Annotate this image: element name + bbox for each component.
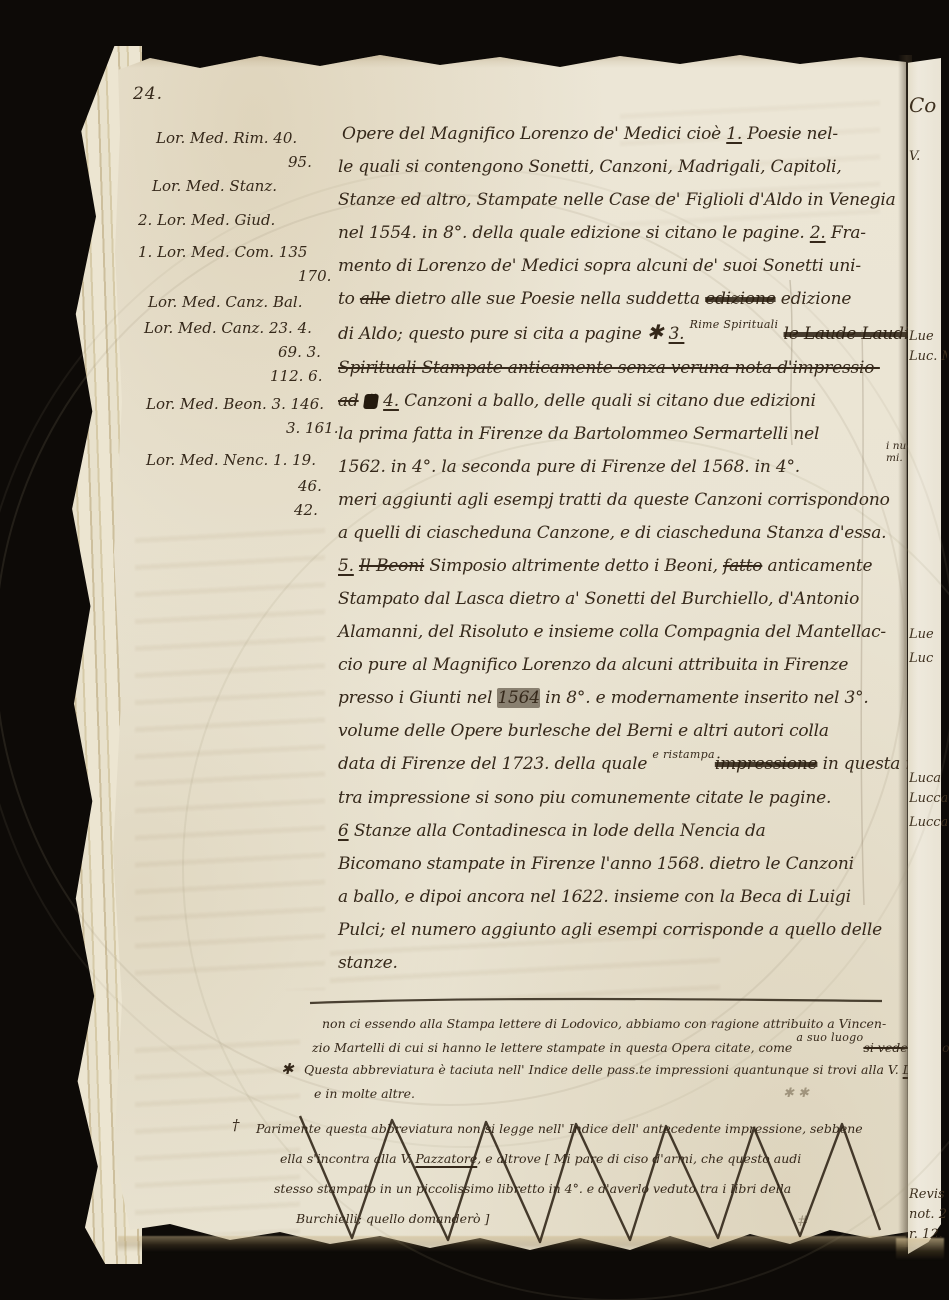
footnote-star-marker: ✱ — [281, 1060, 294, 1078]
adjacent-page-fragments: CoV.LueLuc. MLueLucLucaLuccaLuccaRevis d… — [909, 95, 947, 1255]
manuscript-line: Revis d. — [909, 1185, 947, 1205]
text-segment: Luca — [909, 771, 941, 786]
text-segment: dietro alle sue Poesie nella suddetta — [390, 289, 705, 309]
manuscript-line: 42. — [138, 498, 348, 522]
manuscript-line: ella s'incontra alla V. Pazzatore, e alt… — [256, 1144, 863, 1174]
manuscript-line: Lucca — [909, 813, 947, 833]
text-segment: Poesie nel- — [742, 124, 838, 144]
manuscript-line: Opere del Magnifico Lorenzo de' Medici c… — [338, 118, 912, 151]
text-segment: Opere del Magnifico Lorenzo de' Medici c… — [342, 124, 726, 144]
text-segment: a suo luogo — [796, 1031, 863, 1044]
manuscript-line: Lue — [909, 327, 947, 347]
manuscript-line: Lor. Med. Canz. 23. 4. — [138, 316, 348, 340]
text-segment: Parimente questa abbreviatura non si leg… — [256, 1121, 863, 1136]
text-segment: a ballo, e dipoi ancora nel 1622. insiem… — [338, 887, 851, 907]
manuscript-line: Luc. M — [909, 347, 947, 367]
text-segment: edizione — [705, 289, 775, 309]
text-segment: 3. 161. — [286, 419, 338, 437]
manuscript-line: V. — [909, 147, 947, 167]
manuscript-line: 112. 6. — [138, 364, 348, 388]
text-segment: 1564 — [497, 688, 539, 708]
manuscript-line: tra impressione si sono piu comunemente … — [338, 782, 912, 815]
manuscript-line: 1562. in 4°. la seconda pure di Firenze … — [338, 451, 912, 484]
text-segment: stesso stampato in un piccolissimo libre… — [274, 1181, 791, 1196]
manuscript-line: Lue — [909, 625, 947, 645]
text-segment: Spirituali Stampate anticamente senza ve… — [338, 358, 880, 378]
text-segment: Bicomano stampate in Firenze l'anno 1568… — [338, 854, 854, 874]
text-segment: 6 — [338, 821, 349, 841]
manuscript-line: mento di Lorenzo de' Medici sopra alcuni… — [338, 250, 912, 283]
text-segment: cio pure al Magnifico Lorenzo da alcuni … — [338, 655, 848, 675]
text-segment: 2. — [810, 223, 826, 243]
text-segment: in 8°. e modernamente inserito nel 3°. — [540, 688, 869, 708]
manuscript-line: Lor. Med. Canz. Bal. — [138, 290, 348, 314]
text-segment: Lor. Med. Nenc. 1. 19. — [146, 451, 316, 469]
manuscript-line: r. 12. — [909, 1225, 947, 1245]
text-segment: alle — [360, 289, 390, 309]
manuscript-line: Questa abbreviatura è taciuta nell' Indi… — [304, 1058, 932, 1082]
text-segment: ✱ — [647, 320, 664, 344]
text-segment: 3. — [669, 324, 685, 344]
text-segment: 2. Lor. Med. Giud. — [138, 211, 275, 229]
text-segment: 170. — [298, 267, 331, 285]
manuscript-line: Lor. Med. Nenc. 1. 19. — [138, 448, 348, 472]
manuscript-line: volume delle Opere burlesche del Berni e… — [338, 715, 912, 748]
text-segment: , e altrove [ Mi pare di ciso d'armi, ch… — [477, 1151, 801, 1166]
manuscript-line: e in molte altre. — [304, 1082, 932, 1106]
text-segment: Luc. M — [909, 349, 947, 364]
text-segment: di Aldo; questo pure si cita a pagine — [338, 324, 647, 344]
manuscript-line: data di Firenze del 1723. della quale e … — [338, 748, 912, 782]
text-segment: Stanze ed altro, Stampate nelle Case de'… — [338, 190, 896, 210]
main-text-block: Opere del Magnifico Lorenzo de' Medici c… — [338, 118, 912, 980]
text-segment: volume delle Opere burlesche del Berni e… — [338, 721, 829, 741]
text-segment: 42. — [294, 501, 318, 519]
text-segment: Lor. Med. Rim. 40. — [156, 129, 297, 147]
text-segment: mento di Lorenzo de' Medici sopra alcuni… — [338, 256, 861, 276]
manuscript-line: Spirituali Stampate anticamente senza ve… — [338, 352, 912, 385]
manuscript-line: Lor. Med. Stanz. — [138, 174, 348, 198]
text-segment: Co — [909, 95, 936, 117]
text-segment: nel 1554. in 8°. della quale edizione si… — [338, 223, 810, 243]
text-segment: Il Beoni — [359, 556, 424, 576]
text-segment: tra impressione si sono piu comunemente … — [338, 788, 831, 808]
manuscript-line: 3. 161. — [138, 416, 348, 440]
manuscript-line: stesso stampato in un piccolissimo libre… — [256, 1174, 863, 1204]
folio-number: 24. — [133, 84, 163, 104]
manuscript-line: di Aldo; questo pure si cita a pagine ✱ … — [338, 316, 912, 352]
text-segment: presso i Giunti nel — [338, 688, 497, 708]
text-segment: la prima fatta in Firenze da Bartolommeo… — [338, 424, 819, 444]
text-segment: impressione — [715, 754, 818, 774]
manuscript-line: Luc — [909, 649, 947, 669]
text-segment: Canzoni a ballo, delle quali si citano d… — [399, 391, 816, 411]
manuscript-line: Stampato dal Lasca dietro a' Sonetti del… — [338, 583, 912, 616]
text-segment: Stanze alla Contadinesca in lode della N… — [349, 821, 766, 841]
text-segment: e ristampa — [652, 748, 714, 761]
manuscript-line: 95. — [138, 150, 348, 174]
text-segment: le quali si contengono Sonetti, Canzoni,… — [338, 157, 842, 177]
footnote-star: Questa abbreviatura è taciuta nell' Indi… — [304, 1058, 932, 1106]
text-segment: 5. — [338, 556, 354, 576]
text-segment: Burchielli; quello domanderò ] — [296, 1211, 489, 1226]
text-segment: anticamente — [762, 556, 872, 576]
manuscript-line: Luca — [909, 769, 947, 789]
manuscript-line: Lucca — [909, 789, 947, 809]
text-segment: r. 12. — [909, 1227, 943, 1242]
manuscript-photo: 24. Lor. Med. Rim. 40.95.Lor. Med. Stanz… — [0, 0, 949, 1300]
text-segment: Lor. Med. Beon. 3. 146. — [146, 395, 324, 413]
text-segment: a quelli di ciascheduna Canzone, e di ci… — [338, 523, 886, 543]
text-segment: 112. 6. — [270, 367, 322, 385]
text-segment: Pulci; el numero aggiunto agli esempi co… — [338, 920, 882, 940]
manuscript-line: 1. Lor. Med. Com. 135 — [138, 240, 348, 264]
manuscript-line: nel 1554. in 8°. della quale edizione si… — [338, 217, 912, 250]
manuscript-line: Bicomano stampate in Firenze l'anno 1568… — [338, 848, 912, 881]
manuscript-line: to alle dietro alle sue Poesie nella sud… — [338, 283, 912, 316]
manuscript-line: Stanze ed altro, Stampate nelle Case de'… — [338, 184, 912, 217]
text-segment: fatto — [723, 556, 762, 576]
torn-bottom-edge — [118, 1236, 906, 1252]
manuscript-line: cio pure al Magnifico Lorenzo da alcuni … — [338, 649, 912, 682]
faint-mark-hash: # — [797, 1214, 809, 1230]
text-segment: 1562. in 4°. la seconda pure di Firenze … — [338, 457, 800, 477]
margin-citations: Lor. Med. Rim. 40.95.Lor. Med. Stanz.2. … — [138, 126, 348, 522]
text-segment: zio Martelli di cui si hanno le lettere … — [312, 1040, 796, 1055]
text-segment: stanze. — [338, 953, 398, 973]
text-segment: Pazzatore — [415, 1151, 477, 1166]
text-segment: Lor. Med. Canz. 23. 4. — [144, 319, 312, 337]
manuscript-line: le quali si contengono Sonetti, Canzoni,… — [338, 151, 912, 184]
text-segment: le Laude Laudi — [784, 324, 910, 344]
text-segment: data di Firenze del 1723. della quale — [338, 754, 652, 774]
text-segment: Alamanni, del Risoluto e insieme colla C… — [338, 622, 886, 642]
text-segment: meri aggiunti agli esempj tratti da ques… — [338, 490, 890, 510]
manuscript-line: 170. — [138, 264, 348, 288]
text-segment: non ci essendo alla Stampa lettere di Lo… — [322, 1016, 886, 1031]
text-segment: Questa abbreviatura è taciuta nell' Indi… — [304, 1062, 903, 1077]
footnote-dagger: Parimente questa abbreviatura non si leg… — [256, 1114, 863, 1234]
text-segment: Simposio altrimente detto i Beoni, — [424, 556, 723, 576]
text-segment: not. 2. di — [909, 1207, 947, 1222]
manuscript-line: stanze. — [338, 947, 912, 980]
text-segment: 95. — [288, 153, 312, 171]
text-segment: Luc — [909, 651, 933, 666]
footnote-dagger-marker: † — [232, 1116, 240, 1134]
text-segment: Lue — [909, 329, 934, 344]
text-segment: Lue — [909, 627, 934, 642]
manuscript-line: 2. Lor. Med. Giud. — [138, 208, 348, 232]
manuscript-line: a ballo, e dipoi ancora nel 1622. insiem… — [338, 881, 912, 914]
text-segment: Lucca — [909, 791, 947, 806]
text-segment: to — [338, 289, 360, 309]
manuscript-line: 5. Il Beoni Simposio altrimente detto i … — [338, 550, 912, 583]
text-segment: V. — [909, 149, 920, 164]
manuscript-line: not. 2. di — [909, 1205, 947, 1225]
text-segment: 1. Lor. Med. Com. 135 — [138, 243, 307, 261]
manuscript-line: presso i Giunti nel 1564 in 8°. e modern… — [338, 682, 912, 715]
ink-blot: # — [363, 394, 379, 409]
manuscript-line: Lor. Med. Beon. 3. 146. — [138, 392, 348, 416]
manuscript-line: la prima fatta in Firenze da Bartolommeo… — [338, 418, 912, 451]
manuscript-line: Co — [909, 95, 947, 119]
manuscript-line: 69. 3. — [138, 340, 348, 364]
manuscript-line: Lor. Med. Rim. 40. — [138, 126, 348, 150]
text-segment: ad — [338, 391, 359, 411]
text-segment: ella s'incontra alla V. — [280, 1151, 415, 1166]
text-segment: Lor. Med. Stanz. — [152, 177, 277, 195]
text-segment: 4. — [383, 391, 399, 411]
text-segment — [684, 324, 689, 344]
text-segment: edizione — [776, 289, 852, 309]
manuscript-line: Parimente questa abbreviatura non si leg… — [256, 1114, 863, 1144]
text-segment: Lor. Med. Canz. Bal. — [148, 293, 302, 311]
manuscript-line: 46. — [138, 474, 348, 498]
footnote-plain: non ci essendo alla Stampa lettere di Lo… — [312, 1012, 949, 1061]
manuscript-line: Alamanni, del Risoluto e insieme colla C… — [338, 616, 912, 649]
text-segment: Stampato dal Lasca dietro a' Sonetti del… — [338, 589, 859, 609]
manuscript-line: Burchielli; quello domanderò ] — [256, 1204, 863, 1234]
manuscript-line: Pulci; el numero aggiunto agli esempi co… — [338, 914, 912, 947]
text-segment: 46. — [298, 477, 322, 495]
text-segment: 69. 3. — [278, 343, 321, 361]
text-segment: Rime Spirituali — [690, 318, 779, 331]
text-segment: Fra- — [826, 223, 866, 243]
text-segment: Lucca — [909, 815, 947, 830]
manuscript-line: 6 Stanze alla Contadinesca in lode della… — [338, 815, 912, 848]
text-segment: Revis d. — [909, 1187, 947, 1202]
text-segment: 1. — [726, 124, 742, 144]
manuscript-line: ad # 4. Canzoni a ballo, delle quali si … — [338, 385, 912, 418]
manuscript-line: a quelli di ciascheduna Canzone, e di ci… — [338, 517, 912, 550]
showthrough-text-left — [135, 520, 325, 990]
text-segment: e in molte altre. — [314, 1086, 415, 1101]
manuscript-line: meri aggiunti agli esempj tratti da ques… — [338, 484, 912, 517]
faint-mark-asterisks: ✱ ✱ — [783, 1086, 809, 1101]
